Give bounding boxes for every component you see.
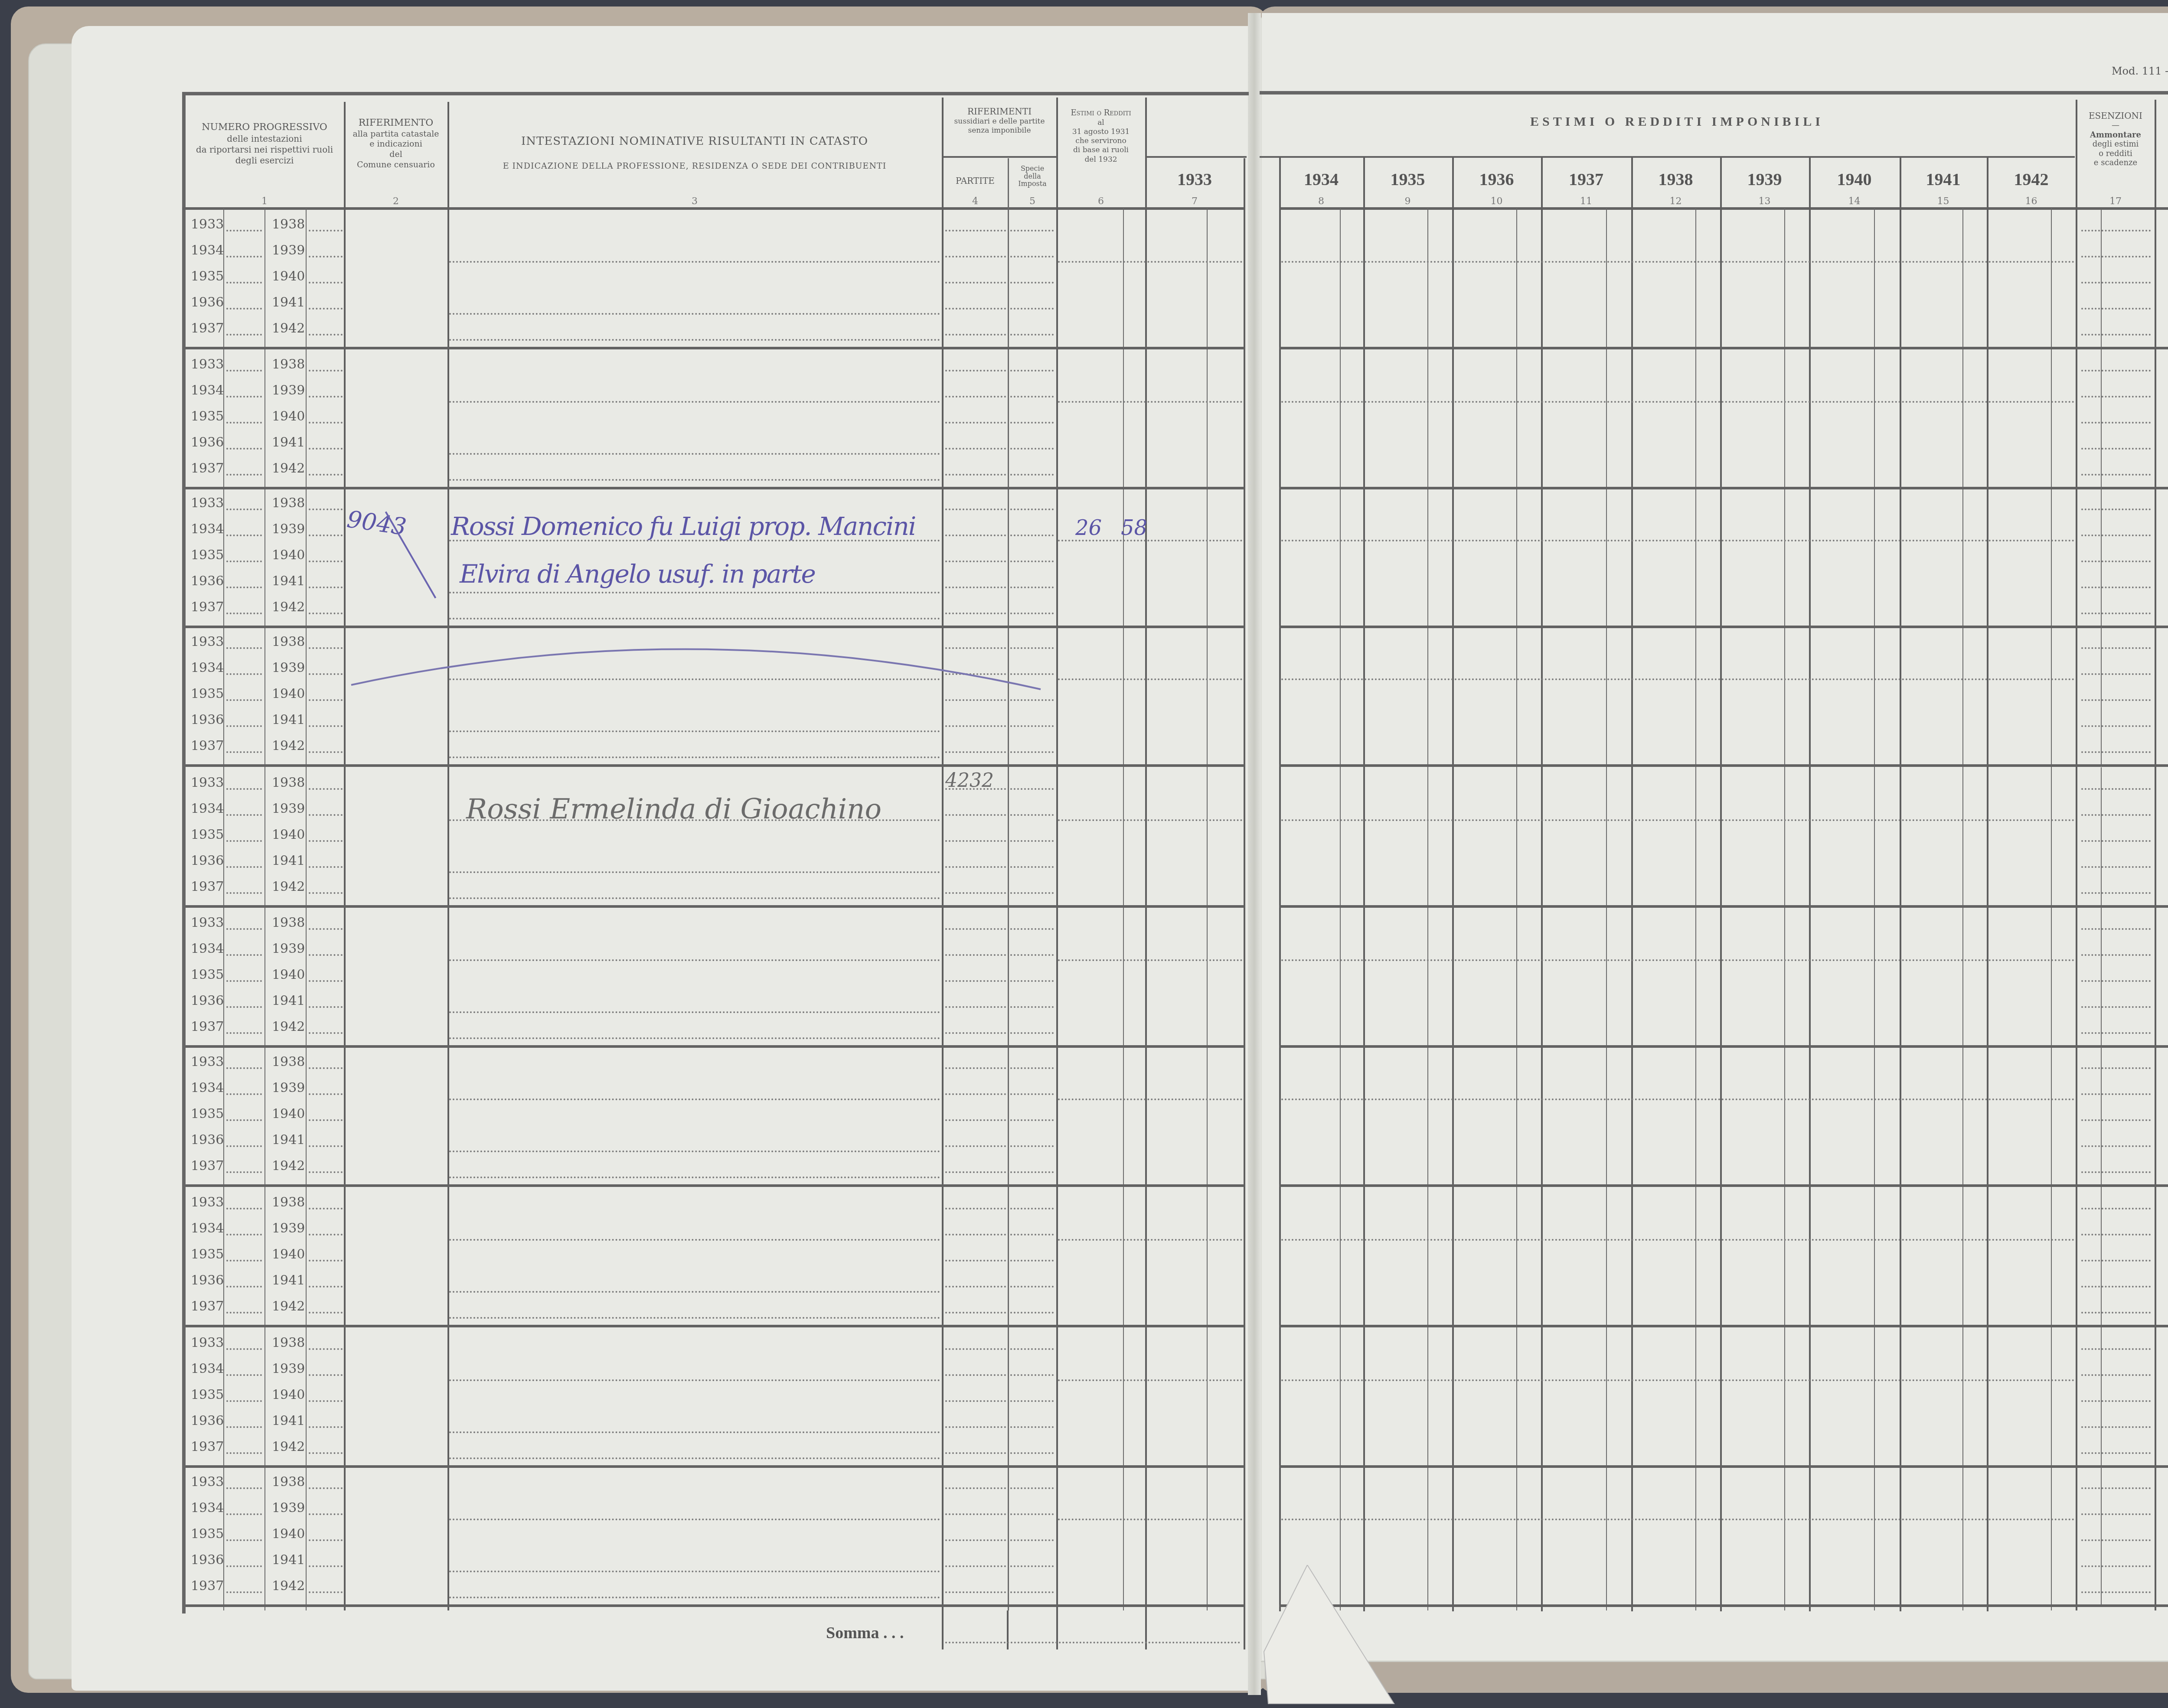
dotted-line xyxy=(945,1513,1006,1515)
row-year-left: 1934 xyxy=(191,941,224,956)
folded-page-corner xyxy=(1260,1565,1398,1708)
row-year-left: 1936 xyxy=(191,295,224,310)
exemption-line xyxy=(2081,1348,2151,1350)
dotted-line xyxy=(1010,1260,1054,1261)
row-year-left: 1934 xyxy=(191,522,224,537)
dotted-line xyxy=(309,256,343,258)
exemption-line xyxy=(2081,561,2151,562)
section-title-estimi-imponibili: ESTIMI O REDDITI IMPONIBILI xyxy=(1279,114,2075,130)
dotted-line xyxy=(945,308,1006,310)
row-year-right: 1941 xyxy=(272,1273,305,1288)
dotted-line xyxy=(309,1286,343,1288)
dotted-line xyxy=(1010,1286,1054,1288)
row-year-left: 1935 xyxy=(191,967,224,982)
block-separator xyxy=(186,1184,1244,1187)
dotted-line xyxy=(1010,788,1054,790)
dotted-line xyxy=(309,1260,343,1261)
dotted-line xyxy=(226,561,262,562)
dotted-line xyxy=(945,1400,1006,1402)
exemption-line xyxy=(2081,1312,2151,1314)
dotted-line xyxy=(945,725,1006,727)
row-year-right: 1942 xyxy=(272,461,305,476)
block-separator xyxy=(1279,487,2168,489)
dotted-line xyxy=(226,788,262,790)
dotted-line xyxy=(309,282,343,284)
name-line xyxy=(449,1519,940,1520)
header-year: 1939 xyxy=(1720,169,1809,189)
dotted-line xyxy=(1010,282,1054,284)
gutter xyxy=(1248,13,1261,1695)
exemption-line xyxy=(2081,1260,2151,1261)
exemption-line xyxy=(2081,1032,2151,1034)
name-line xyxy=(449,261,940,263)
dotted-line xyxy=(226,587,262,588)
block-separator xyxy=(1279,626,2168,628)
dotted-line xyxy=(1010,1452,1054,1454)
dotted-line xyxy=(1010,1145,1054,1147)
row-year-left: 1936 xyxy=(191,1273,224,1288)
header-year: 1940 xyxy=(1809,169,1900,189)
block-separator xyxy=(186,487,1244,489)
row-year-left: 1935 xyxy=(191,1526,224,1542)
exemption-line xyxy=(2081,788,2151,790)
name-line xyxy=(449,871,940,873)
row-year-right: 1941 xyxy=(272,1413,305,1428)
name-line xyxy=(449,959,940,961)
block-separator xyxy=(1279,1604,2168,1607)
name-line xyxy=(449,1011,940,1013)
row-year-right: 1941 xyxy=(272,993,305,1008)
row-year-right: 1939 xyxy=(272,660,305,675)
row-year-right: 1938 xyxy=(272,775,305,790)
dotted-line xyxy=(226,448,262,450)
exemption-line xyxy=(2081,282,2151,284)
name-line xyxy=(449,618,940,619)
row-year-right: 1941 xyxy=(272,574,305,589)
dotted-line xyxy=(1010,308,1054,310)
dotted-line xyxy=(309,840,343,842)
row-year-left: 1937 xyxy=(191,321,224,336)
exemption-line xyxy=(2081,699,2151,701)
dotted-line xyxy=(1010,866,1054,868)
row-year-right: 1939 xyxy=(272,1221,305,1236)
dotted-line xyxy=(945,1539,1006,1541)
dotted-line xyxy=(309,1208,343,1209)
entry-estimi-cents: 58 xyxy=(1121,516,1147,540)
header-partite: PARTITE xyxy=(944,176,1007,186)
exemption-line xyxy=(2081,647,2151,649)
dotted-line xyxy=(1010,892,1054,894)
row-year-left: 1933 xyxy=(191,357,224,372)
name-line xyxy=(449,453,940,455)
dotted-line xyxy=(309,1171,343,1173)
dotted-line xyxy=(309,1513,343,1515)
dotted-line xyxy=(1010,928,1054,930)
estimi-line xyxy=(1058,1098,1242,1100)
exemption-line xyxy=(2081,1513,2151,1515)
estimi-line xyxy=(1058,819,1242,821)
name-line xyxy=(449,313,940,315)
dotted-line xyxy=(1010,561,1054,562)
row-year-right: 1938 xyxy=(272,217,305,232)
block-separator xyxy=(1279,1184,2168,1187)
row-year-right: 1939 xyxy=(272,1080,305,1095)
block-separator xyxy=(1279,1465,2168,1468)
dotted-line xyxy=(945,1565,1006,1567)
dotted-line xyxy=(1010,1426,1054,1428)
dotted-line xyxy=(309,1487,343,1489)
dotted-line xyxy=(226,699,262,701)
exemption-line xyxy=(2081,1234,2151,1235)
header-specie-imposta: Specie della Imposta xyxy=(1009,165,1056,188)
dotted-line xyxy=(226,230,262,231)
name-line xyxy=(449,1379,940,1381)
dotted-line xyxy=(226,1286,262,1288)
name-line xyxy=(449,730,940,732)
dotted-line xyxy=(945,1208,1006,1209)
dotted-line xyxy=(945,282,1006,284)
dotted-line xyxy=(945,396,1006,398)
row-year-left: 1936 xyxy=(191,1413,224,1428)
dotted-line xyxy=(309,1006,343,1008)
dotted-line xyxy=(945,1093,1006,1095)
dotted-line xyxy=(945,866,1006,868)
dotted-line xyxy=(1010,508,1054,510)
dotted-line xyxy=(309,1400,343,1402)
exemption-line xyxy=(2081,673,2151,675)
dotted-line xyxy=(945,814,1006,816)
amount-line xyxy=(1281,1519,2075,1520)
dotted-line xyxy=(1010,1119,1054,1121)
row-year-left: 1935 xyxy=(191,1106,224,1121)
name-line xyxy=(449,1037,940,1039)
name-line xyxy=(449,339,940,341)
header-numero-progressivo: NUMERO PROGRESSIVO delle intestazioni da… xyxy=(186,121,343,166)
row-year-right: 1939 xyxy=(272,941,305,956)
row-year-right: 1940 xyxy=(272,548,305,563)
dotted-line xyxy=(226,474,262,476)
row-year-right: 1942 xyxy=(272,738,305,753)
dotted-line xyxy=(309,699,343,701)
row-year-right: 1942 xyxy=(272,1158,305,1173)
row-year-left: 1936 xyxy=(191,1132,224,1147)
row-year-right: 1940 xyxy=(272,967,305,982)
dotted-line xyxy=(945,1348,1006,1350)
dotted-line xyxy=(309,1565,343,1567)
row-year-left: 1934 xyxy=(191,1221,224,1236)
row-year-right: 1939 xyxy=(272,1500,305,1516)
dotted-line xyxy=(1010,1032,1054,1034)
row-year-left: 1935 xyxy=(191,1387,224,1402)
dotted-line xyxy=(945,751,1006,753)
exemption-line xyxy=(2081,725,2151,727)
name-line xyxy=(449,1098,940,1100)
dotted-line xyxy=(226,1260,262,1261)
dotted-line xyxy=(226,508,262,510)
dotted-line xyxy=(309,647,343,649)
sum-label: Somma . . . xyxy=(826,1623,904,1643)
name-line xyxy=(449,1239,940,1241)
name-line xyxy=(449,1597,940,1598)
row-year-right: 1942 xyxy=(272,1299,305,1314)
dotted-line xyxy=(945,892,1006,894)
dotted-line xyxy=(1010,1565,1054,1567)
dotted-line xyxy=(1010,230,1054,231)
dotted-line xyxy=(1010,1400,1054,1402)
exemption-line xyxy=(2081,422,2151,424)
dotted-line xyxy=(309,1591,343,1593)
dotted-line xyxy=(226,1145,262,1147)
header-intestazioni: INTESTAZIONI NOMINATIVE RISULTANTI IN CA… xyxy=(449,134,940,149)
name-line xyxy=(449,1177,940,1178)
row-year-left: 1935 xyxy=(191,686,224,701)
row-year-right: 1940 xyxy=(272,269,305,284)
dotted-line xyxy=(1010,840,1054,842)
dotted-line xyxy=(1010,370,1054,372)
amount-line xyxy=(1281,401,2075,403)
exemption-line xyxy=(2081,1171,2151,1173)
dotted-line xyxy=(945,370,1006,372)
row-year-right: 1941 xyxy=(272,1132,305,1147)
dotted-line xyxy=(945,840,1006,842)
amount-line xyxy=(1281,819,2075,821)
amount-line xyxy=(1281,540,2075,541)
dotted-line xyxy=(226,840,262,842)
exemption-line xyxy=(2081,1006,2151,1008)
exemption-line xyxy=(2081,866,2151,868)
row-year-right: 1941 xyxy=(272,853,305,868)
exemption-line xyxy=(2081,1591,2151,1593)
row-year-right: 1939 xyxy=(272,1361,305,1376)
exemption-line xyxy=(2081,1374,2151,1376)
dotted-line xyxy=(309,1234,343,1235)
exemption-line xyxy=(2081,980,2151,982)
row-year-left: 1934 xyxy=(191,1361,224,1376)
dotted-line xyxy=(945,1260,1006,1261)
dotted-line xyxy=(945,928,1006,930)
block-separator xyxy=(186,1045,1244,1048)
estimi-line xyxy=(1058,959,1242,961)
dotted-line xyxy=(1010,814,1054,816)
exemption-line xyxy=(2081,1400,2151,1402)
dotted-line xyxy=(1010,256,1054,258)
dotted-line xyxy=(309,788,343,790)
row-year-right: 1941 xyxy=(272,1552,305,1568)
dotted-line xyxy=(226,1374,262,1376)
estimi-line xyxy=(1058,261,1242,263)
dotted-line xyxy=(226,1348,262,1350)
row-year-right: 1942 xyxy=(272,1019,305,1034)
dotted-line xyxy=(226,1312,262,1314)
header-year: 1942 xyxy=(1987,169,2076,189)
dotted-line xyxy=(1010,448,1054,450)
row-year-right: 1939 xyxy=(272,522,305,537)
row-year-left: 1933 xyxy=(191,634,224,649)
dotted-line xyxy=(1010,980,1054,982)
dotted-line xyxy=(226,1513,262,1515)
dotted-line xyxy=(945,1374,1006,1376)
row-year-left: 1934 xyxy=(191,243,224,258)
entry-estimi-value: 26 xyxy=(1075,516,1102,540)
amount-line xyxy=(1281,1379,2075,1381)
amount-line xyxy=(1281,959,2075,961)
dotted-line xyxy=(945,1067,1006,1069)
header-year: 1936 xyxy=(1452,169,1541,189)
name-line xyxy=(449,1457,940,1459)
header-riferimenti-sussidiari: RIFERIMENTI sussidiari e delle partite s… xyxy=(944,106,1055,136)
row-year-left: 1937 xyxy=(191,1439,224,1454)
name-line xyxy=(449,1291,940,1293)
dotted-line xyxy=(309,866,343,868)
row-year-right: 1940 xyxy=(272,1106,305,1121)
sum-row xyxy=(942,1610,1245,1649)
row-year-left: 1936 xyxy=(191,993,224,1008)
dotted-line xyxy=(309,1426,343,1428)
exemption-line xyxy=(2081,1208,2151,1209)
header-year: 1938 xyxy=(1631,169,1720,189)
dotted-line xyxy=(309,814,343,816)
exemption-line xyxy=(2081,840,2151,842)
dotted-line xyxy=(226,1234,262,1235)
dotted-line xyxy=(945,587,1006,588)
dotted-line xyxy=(226,814,262,816)
exemption-line xyxy=(2081,1565,2151,1567)
block-separator xyxy=(1279,347,2168,349)
block-separator xyxy=(186,1465,1244,1468)
dotted-line xyxy=(1010,613,1054,614)
dotted-line xyxy=(309,613,343,614)
left-page xyxy=(72,26,1260,1691)
dotted-line xyxy=(226,892,262,894)
estimi-line xyxy=(1058,1379,1242,1381)
dotted-line xyxy=(945,1591,1006,1593)
row-year-left: 1935 xyxy=(191,1247,224,1262)
dotted-line xyxy=(1010,1487,1054,1489)
dotted-line xyxy=(1010,334,1054,336)
dotted-line xyxy=(226,1006,262,1008)
row-year-right: 1941 xyxy=(272,435,305,450)
header-year-1933: 1933 xyxy=(1147,169,1242,189)
amount-line xyxy=(1281,261,2075,263)
dotted-line xyxy=(945,1312,1006,1314)
name-line xyxy=(449,1317,940,1319)
row-year-right: 1939 xyxy=(272,243,305,258)
amount-line xyxy=(1281,1098,2075,1100)
block-separator xyxy=(1279,1325,2168,1327)
estimi-line xyxy=(1058,678,1242,680)
dotted-line xyxy=(309,673,343,675)
dotted-line xyxy=(945,980,1006,982)
dotted-line xyxy=(1010,1006,1054,1008)
name-line xyxy=(449,1151,940,1152)
entry-name-line2: Elvira di Angelo usuf. in parte xyxy=(460,559,815,589)
dotted-line xyxy=(309,370,343,372)
dotted-line xyxy=(1010,1171,1054,1173)
row-year-right: 1938 xyxy=(272,1054,305,1069)
row-year-left: 1937 xyxy=(191,879,224,894)
dotted-line xyxy=(945,256,1006,258)
dotted-line xyxy=(226,928,262,930)
amount-line xyxy=(1281,1239,2075,1241)
dotted-line xyxy=(309,1452,343,1454)
row-year-right: 1942 xyxy=(272,1578,305,1594)
row-year-right: 1940 xyxy=(272,686,305,701)
dotted-line xyxy=(1010,587,1054,588)
block-separator xyxy=(186,764,1244,767)
dotted-line xyxy=(945,508,1006,510)
exemption-line xyxy=(2081,954,2151,956)
dotted-line xyxy=(226,647,262,649)
row-year-left: 1934 xyxy=(191,1080,224,1095)
header-riferimento: RIFERIMENTO alla partita catastale e ind… xyxy=(346,117,446,170)
exemption-line xyxy=(2081,613,2151,614)
dotted-line xyxy=(309,1374,343,1376)
dotted-line xyxy=(1010,535,1054,536)
dotted-line xyxy=(1010,422,1054,424)
dotted-line xyxy=(226,1400,262,1402)
header-annotazioni: ANNOTAZIONI xyxy=(2156,143,2168,157)
dotted-line xyxy=(945,1171,1006,1173)
dotted-line xyxy=(226,1452,262,1454)
dotted-line xyxy=(309,230,343,231)
row-year-right: 1940 xyxy=(272,827,305,842)
dotted-line xyxy=(226,308,262,310)
row-year-right: 1942 xyxy=(272,600,305,615)
row-year-left: 1937 xyxy=(191,1019,224,1034)
row-year-left: 1934 xyxy=(191,1500,224,1516)
block-separator xyxy=(1279,1045,2168,1048)
header-estimi-1931: Estimi o Redditi al 31 agosto 1931 che s… xyxy=(1058,108,1144,164)
row-year-left: 1933 xyxy=(191,915,224,930)
header-year: 1941 xyxy=(1900,169,1987,189)
row-year-right: 1941 xyxy=(272,295,305,310)
exemption-line xyxy=(2081,396,2151,398)
row-year-right: 1940 xyxy=(272,409,305,424)
row-year-right: 1942 xyxy=(272,1439,305,1454)
dotted-line xyxy=(945,1487,1006,1489)
dotted-line xyxy=(309,892,343,894)
estimi-line xyxy=(1058,401,1242,403)
row-year-left: 1933 xyxy=(191,775,224,790)
exemption-line xyxy=(2081,370,2151,372)
exemption-line xyxy=(2081,334,2151,336)
exemption-line xyxy=(2081,1067,2151,1069)
name-line xyxy=(449,756,940,758)
row-year-left: 1937 xyxy=(191,461,224,476)
row-year-left: 1934 xyxy=(191,383,224,398)
dotted-line xyxy=(945,1145,1006,1147)
exemption-line xyxy=(2081,1452,2151,1454)
row-year-right: 1938 xyxy=(272,1195,305,1210)
row-year-left: 1936 xyxy=(191,435,224,450)
block-separator xyxy=(186,905,1244,908)
amount-line xyxy=(1281,678,2075,680)
dotted-line xyxy=(309,1348,343,1350)
dotted-line xyxy=(309,422,343,424)
row-year-left: 1936 xyxy=(191,712,224,727)
row-year-right: 1940 xyxy=(272,1526,305,1542)
dotted-line xyxy=(1010,474,1054,476)
exemption-line xyxy=(2081,1119,2151,1121)
exemption-line xyxy=(2081,928,2151,930)
dotted-line xyxy=(309,1312,343,1314)
dotted-line xyxy=(1010,1208,1054,1209)
row-year-left: 1935 xyxy=(191,827,224,842)
row-year-left: 1933 xyxy=(191,1054,224,1069)
entry2-name: Rossi Ermelinda di Gioachino xyxy=(466,793,882,825)
dotted-line xyxy=(226,422,262,424)
dotted-line xyxy=(226,282,262,284)
